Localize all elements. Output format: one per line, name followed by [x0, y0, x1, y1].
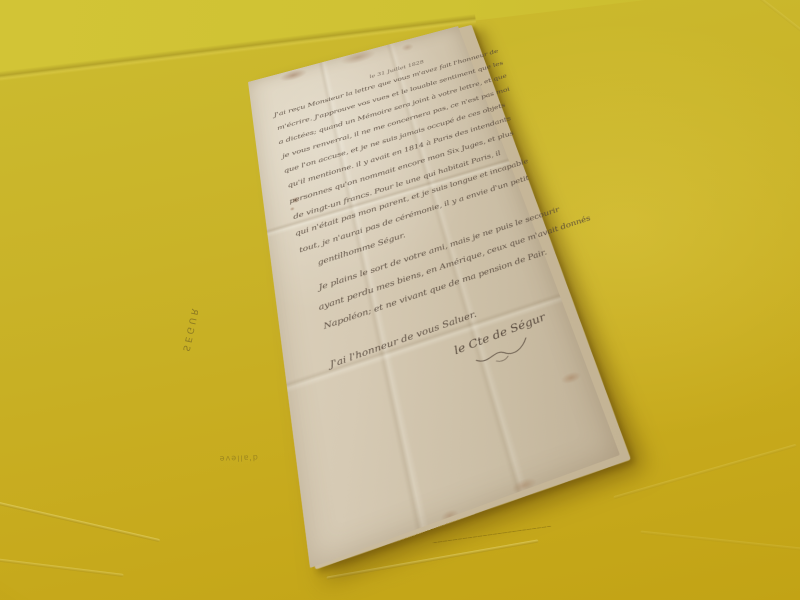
pencil-annotation-lower: d'alleve	[219, 453, 258, 463]
photo-canvas: SEGUR d'alleve le 31 Juillet 1828 J'ai r…	[0, 0, 800, 600]
